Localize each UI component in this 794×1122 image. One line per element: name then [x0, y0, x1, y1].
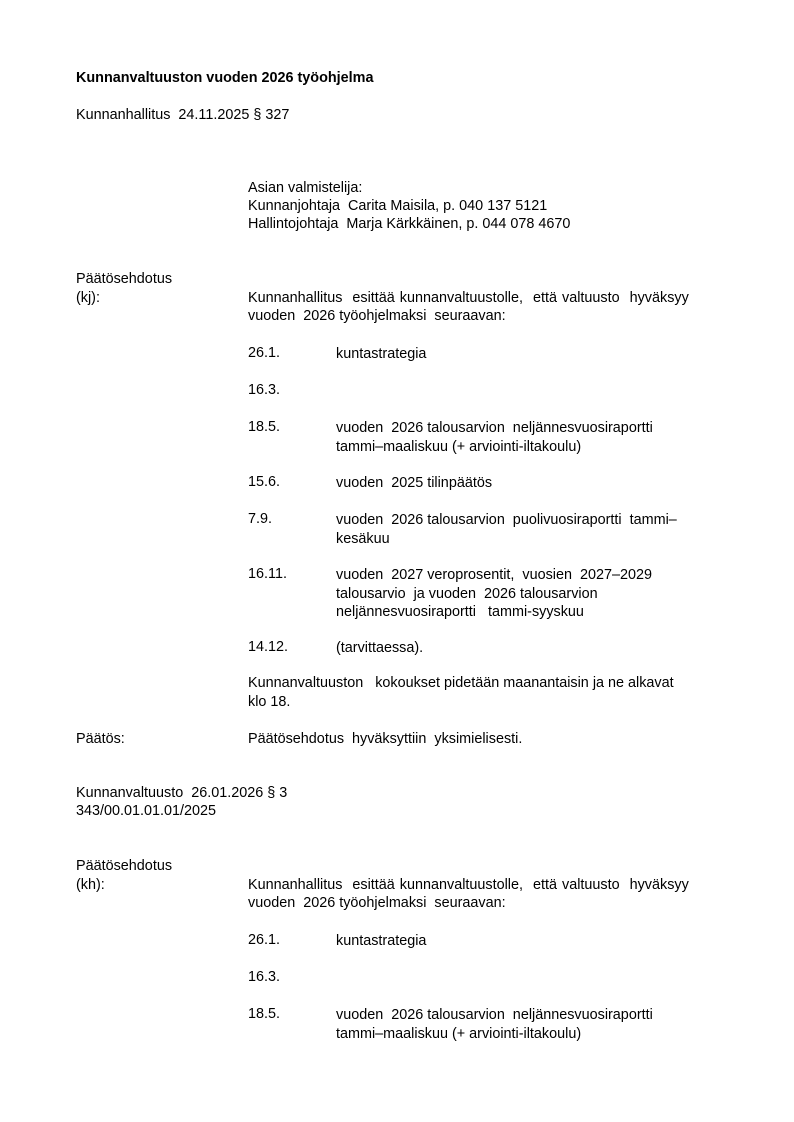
proposal-label: Päätösehdotus — [76, 271, 172, 287]
section1-heading: Kunnanhallitus 24.11.2025 § 327 — [76, 107, 289, 123]
proposal-label-suffix: (kh): — [76, 877, 105, 893]
schedule-description-line: vuoden 2026 talousarvion neljännesvuosir… — [336, 419, 715, 438]
decision-text: Päätösehdotus hyväksyttiin yksimielisest… — [248, 731, 522, 747]
schedule-description: kuntastrategia — [336, 932, 715, 951]
schedule-date: 18.5. — [248, 1006, 280, 1022]
schedule-description-line: tammi–maaliskuu (+ arviointi-iltakoulu) — [336, 438, 715, 457]
schedule-date: 7.9. — [248, 511, 272, 527]
schedule-date: 16.3. — [248, 382, 280, 398]
schedule-description: vuoden 2025 tilinpäätös — [336, 474, 715, 493]
document-title: Kunnanvaltuuston vuoden 2026 työohjelma — [76, 70, 373, 86]
schedule-description-line: vuoden 2026 talousarvion puolivuosirapor… — [336, 511, 715, 530]
proposal-intro: Kunnanhallitus esittää kunnanvaltuustoll… — [248, 877, 689, 893]
schedule-description: vuoden 2026 talousarvion neljännesvuosir… — [336, 419, 715, 456]
schedule-description-line: talousarvio ja vuoden 2026 talousarvion — [336, 585, 715, 604]
schedule-date: 14.12. — [248, 639, 288, 655]
reference-number: 343/00.01.01.01/2025 — [76, 803, 216, 819]
schedule-date: 18.5. — [248, 419, 280, 435]
schedule-description-line: kuntastrategia — [336, 345, 715, 364]
schedule-description-line: vuoden 2027 veroprosentit, vuosien 2027–… — [336, 566, 715, 585]
schedule-date: 16.11. — [248, 566, 287, 582]
preparer-label: Asian valmistelija: — [248, 180, 362, 196]
schedule-description: kuntastrategia — [336, 345, 715, 364]
preparer-line: Kunnanjohtaja Carita Maisila, p. 040 137… — [248, 198, 547, 214]
proposal-label-suffix: (kj): — [76, 290, 100, 306]
schedule-date: 15.6. — [248, 474, 280, 490]
schedule-date: 16.3. — [248, 969, 280, 985]
schedule-description-line: tammi–maaliskuu (+ arviointi-iltakoulu) — [336, 1025, 715, 1044]
schedule-description-line: vuoden 2025 tilinpäätös — [336, 474, 715, 493]
schedule-date: 26.1. — [248, 932, 280, 948]
schedule-description: vuoden 2026 talousarvion neljännesvuosir… — [336, 1006, 715, 1043]
meetings-note: Kunnanvaltuuston kokoukset pidetään maan… — [248, 675, 674, 691]
schedule-description: vuoden 2026 talousarvion puolivuosirapor… — [336, 511, 715, 548]
schedule-description-line: (tarvittaessa). — [336, 639, 715, 658]
schedule-description-line: kesäkuu — [336, 530, 715, 549]
schedule-description-line: vuoden 2026 talousarvion neljännesvuosir… — [336, 1006, 715, 1025]
proposal-label: Päätösehdotus — [76, 858, 172, 874]
proposal-intro: Kunnanhallitus esittää kunnanvaltuustoll… — [248, 290, 689, 306]
schedule-date: 26.1. — [248, 345, 280, 361]
schedule-description-line: neljännesvuosiraportti tammi-syyskuu — [336, 603, 715, 622]
preparer-line: Hallintojohtaja Marja Kärkkäinen, p. 044… — [248, 216, 570, 232]
proposal-intro-cont: vuoden 2026 työohjelmaksi seuraavan: — [248, 895, 506, 911]
decision-label: Päätös: — [76, 731, 125, 747]
proposal-intro-cont: vuoden 2026 työohjelmaksi seuraavan: — [248, 308, 506, 324]
section2-heading: Kunnanvaltuusto 26.01.2026 § 3 — [76, 785, 287, 801]
schedule-description: vuoden 2027 veroprosentit, vuosien 2027–… — [336, 566, 715, 622]
schedule-description-line: kuntastrategia — [336, 932, 715, 951]
meetings-note-cont: klo 18. — [248, 694, 290, 710]
schedule-description: (tarvittaessa). — [336, 639, 715, 658]
